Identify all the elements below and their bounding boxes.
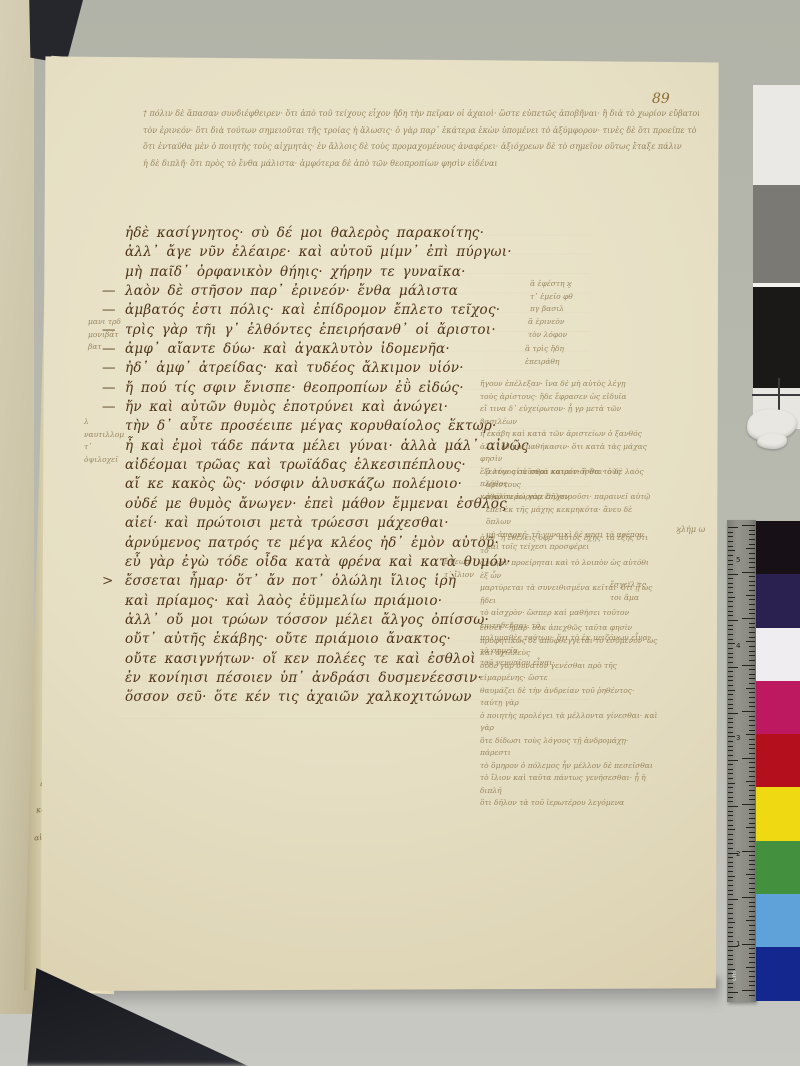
verse-text: οὔτ᾽ αὐτῆς ἑκάβης· οὔτε πριάμοιο ἄνακτος…	[125, 631, 451, 647]
verse-text: τὴν δ᾽ αὖτε προσέειπε μέγας κορυθαίολος …	[125, 418, 497, 434]
verse-line: ἀλλ᾽ ἄγε νῦν ἐλέαιρε· καὶ αὐτοῦ μίμν᾽ ἐπ…	[125, 243, 577, 262]
verse-text: ἠδὲ κασίγνητος· σὺ δέ μοι θαλερὸς παρακο…	[125, 225, 484, 241]
verse-text: αἴ κε κακὸς ὣς· νόσφιν ἀλυσκάζω πολέμοιο…	[125, 476, 462, 492]
verse-text: ἔσσεται ἦμαρ· ὅτ᾽ ἄν ποτ᾽ ὀλώληι ἴλιος ἱ…	[125, 573, 456, 589]
top-scholia-line: ὅτι ἐνταῦθα μὲν ὁ ποιητὴς τοὺς αἰχμητὰς·…	[143, 139, 699, 156]
ruler-number: 4	[736, 642, 740, 650]
color-patch	[756, 521, 800, 574]
verse-line: — ἠδ᾽ ἀμφ᾽ ἀτρείδας· καὶ τυδέος ἄλκιμον …	[125, 359, 577, 378]
verse-text: ἤν καὶ αὐτῶν θυμὸς ἐποτρύνει καὶ ἀνώγει·	[125, 399, 448, 415]
grayscale-calibration-strip	[753, 85, 800, 429]
dark-felt-corner	[27, 0, 83, 64]
verse-text: ἠδ᾽ ἀμφ᾽ ἀτρείδας· καὶ τυδέος ἄλκιμον υἱ…	[125, 360, 464, 376]
verse-text: ἀλλ᾽ οὔ μοι τρώων τόσσον μέλει ἄλγος ὀπί…	[125, 612, 489, 628]
verse-text: ἤ πού τίς σφιν ἔνισπε· θεοπροπίων ἐῢ εἰδ…	[125, 380, 464, 396]
ruler-number: 3	[736, 734, 740, 742]
color-patch	[756, 734, 800, 787]
folio-number: 89	[652, 91, 670, 107]
ruler-number: 5	[736, 556, 740, 564]
margin-scholion: λ ναυτιλλομ τ᾽ ὀψιλοχεῖ	[84, 416, 128, 466]
top-scholia-line: † πόλιν δὲ ἅπασαν συνδιέφθειρεν· ὅτι ἀπὸ…	[143, 106, 699, 123]
margin-mark: —	[102, 282, 116, 301]
verse-text: αἰδέομαι τρῶας καὶ τρωϊάδας ἑλκεσιπέπλου…	[125, 457, 466, 473]
verse-text: ἀλλ᾽ ἄγε νῦν ἐλέαιρε· καὶ αὐτοῦ μίμν᾽ ἐπ…	[125, 244, 512, 260]
margin-scholion: ἔσγεϊλ τς τοι ἅμα	[610, 579, 660, 604]
verse-line: — ἀμβατός ἐστι πόλις· καὶ ἐπίδρομον ἔπλε…	[125, 301, 577, 320]
verse-text: λαὸν δὲ στῆσον παρ᾽ ἐρινεόν· ἔνθα μάλιστ…	[125, 283, 458, 299]
margin-mark: >	[102, 572, 114, 591]
verse-text: ἀρνύμενος πατρός τε μέγα κλέος ἠδ᾽ ἐμὸν …	[125, 535, 499, 551]
grayscale-block	[753, 185, 800, 283]
top-scholia-block: † πόλιν δὲ ἅπασαν συνδιέφθειρεν· ὅτι ἀπὸ…	[143, 106, 699, 172]
grayscale-block	[753, 85, 800, 185]
color-patch	[756, 574, 800, 627]
verse-text: ἀμβατός ἐστι πόλις· καὶ ἐπίδρομον ἔπλετο…	[125, 302, 500, 318]
margin-scholion: ἃ ἐφέστη ϗ τ᾽ ἐμεῖο φθ πγ βασιλ	[530, 278, 578, 316]
verse-line: ἠδὲ κασίγνητος· σὺ δέ μοι θαλερὸς παρακο…	[125, 224, 577, 243]
margin-scholion: ἔσσετ᾽ ἦμαρ· οὐκ ἀπεχθῶς ταῦτα φησὶν προ…	[480, 622, 658, 810]
grayscale-block	[753, 287, 800, 388]
crumpled-paper	[757, 433, 787, 449]
verse-text: ἦ καὶ ἐμοὶ τάδε πάντα μέλει γύναι· ἀλλὰ …	[125, 438, 529, 454]
margin-scholion: ἃ ἐρινεὸν τὸν λόφον	[528, 316, 574, 341]
ruler-number: 1	[736, 940, 740, 948]
verse-text: ὅσσον σεῦ· ὅτε κέν τις ἀχαιῶν χαλκοχιτών…	[125, 689, 472, 705]
verse-text: καὶ πρίαμος· καὶ λαὸς ἐϋμμελίω πριάμοιο·	[125, 593, 442, 609]
margin-mark: —	[102, 398, 116, 417]
parchment-page: 89 † πόλιν δὲ ἅπασαν συνδιέφθειρεν· ὅτι …	[40, 54, 720, 992]
margin-scholion: ϗλήμ ω	[676, 524, 728, 537]
top-scholia-line: τὸν ἐρινεόν· ὅτι διὰ τούτων σημειοῦται τ…	[143, 123, 699, 140]
top-scholia-line: ἡ δὲ διπλῆ· ὅτι πρὸς τὸ ἔνθα μάλιστα· ἀμ…	[143, 156, 699, 173]
verse-text: ἀμφ᾽ αἴαντε δύω· καὶ ἀγακλυτὸν ἰδομενῆα·	[125, 341, 450, 357]
verse-text: τρὶς γὰρ τῆι γ᾽ ἐλθόντες ἐπειρήσανθ᾽ οἱ …	[125, 322, 496, 338]
color-calibration-strip	[756, 521, 800, 1001]
registration-cross-icon	[752, 394, 800, 396]
verse-line: — τρὶς γὰρ τῆι γ᾽ ἐλθόντες ἐπειρήσανθ᾽ ο…	[125, 321, 577, 340]
ruler-number: 2	[736, 850, 740, 858]
verse-line: μὴ παῖδ᾽ ὀρφανικὸν θήηις· χήρην τε γυναῖ…	[125, 263, 577, 282]
margin-mark: —	[102, 379, 116, 398]
verse-text: αἰεί· καὶ πρώτοισι μετὰ τρώεσσι μάχεσθαι…	[125, 515, 449, 531]
manuscript-photo: πεψρὧμολϛἀχλήμολατἄλλλιπ:μελίηνἀλλύ:αρμα…	[0, 0, 800, 1066]
verse-text: ἐν κονίηισι πέσοιεν ὑπ᾽ ἀνδράσι δυσμενέε…	[125, 670, 482, 686]
color-patch	[756, 681, 800, 734]
color-patch	[756, 947, 800, 1000]
color-patch	[756, 787, 800, 840]
verse-line: — λαὸν δὲ στῆσον παρ᾽ ἐρινεόν· ἔνθα μάλι…	[125, 282, 577, 301]
margin-scholion: ἃ τρὶς ἤδη ἐπειράθη	[525, 343, 571, 368]
margin-mark: —	[102, 359, 116, 378]
color-patch	[756, 841, 800, 894]
margin-scholion: μανι τρδ μονιβάτ βατ	[88, 316, 130, 354]
verse-line: — ἀμφ᾽ αἴαντε δύω· καὶ ἀγακλυτὸν ἰδομενῆ…	[125, 340, 577, 359]
verse-text: οὔτε κασιγνήτων· οἵ κεν πολέες τε καὶ ἐσ…	[125, 651, 476, 667]
margin-scholion: ἔ θεωρ τ᾽ ἴλιον	[444, 556, 484, 581]
verse-text: οὐδέ με θυμὸς ἄνωγεν· ἐπεὶ μάθον ἔμμεναι…	[125, 496, 507, 512]
ruler: 54321 cm	[727, 520, 756, 1002]
verse-text: μὴ παῖδ᾽ ὀρφανικὸν θήηις· χήρην τε γυναῖ…	[125, 264, 466, 280]
color-patch	[756, 628, 800, 681]
color-patch	[756, 894, 800, 947]
